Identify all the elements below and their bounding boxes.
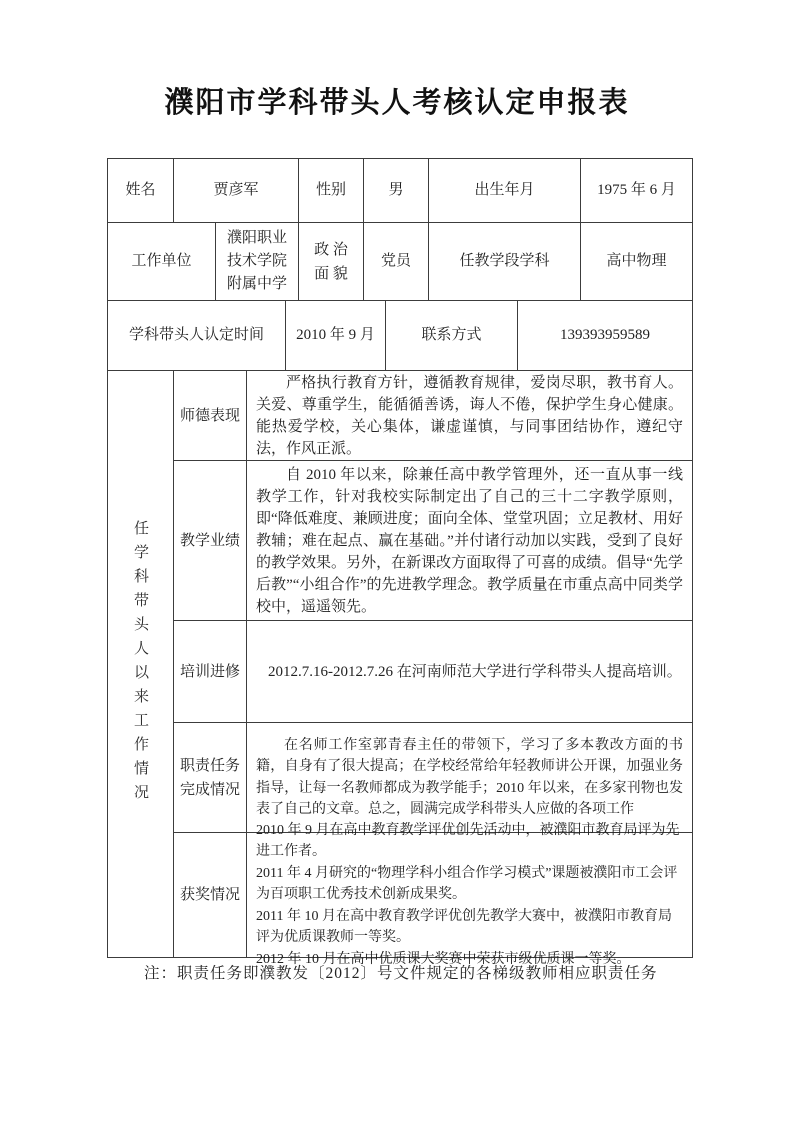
zhize-content-cell: 在名师工作室郭青春主任的带领下，学习了多本教改方面的书籍，自身有了很大提高；在学… — [247, 723, 692, 832]
zhize-label: 职责任务 完成情况 — [174, 723, 247, 832]
row-basic-3: 学科带头人认定时间 2010 年 9 月 联系方式 139393959589 — [108, 301, 692, 371]
work-row-huojiang: 获奖情况 2010 年 9 月在高中教育教学评优创先活动中，被濮阳市教育局评为先… — [174, 833, 692, 957]
teaching-subject-value: 高中物理 — [581, 223, 692, 300]
huojiang-label: 获奖情况 — [174, 833, 247, 957]
footer-note: 注：职责任务即濮教发〔2012〕号文件规定的各梯级教师相应职责任务 — [144, 961, 658, 983]
contact-label: 联系方式 — [386, 301, 518, 370]
work-section-rows: 师德表现 严格执行教育方针，遵循教育规律，爱岗尽职，教书育人。关爱、尊重学生，能… — [174, 371, 692, 957]
row-basic-2: 工作单位 濮阳职业 技术学院 附属中学 政 治 面 貌 党员 任教学段学科 高中… — [108, 223, 692, 301]
application-form-table: 姓名 贾彦军 性别 男 出生年月 1975 年 6 月 工作单位 濮阳职业 技术… — [107, 158, 693, 958]
work-row-zhize: 职责任务 完成情况 在名师工作室郭青春主任的带领下，学习了多本教改方面的书籍，自… — [174, 723, 692, 833]
birth-label: 出生年月 — [429, 159, 581, 222]
recognition-time-value: 2010 年 9 月 — [286, 301, 386, 370]
name-label: 姓名 — [108, 159, 174, 222]
zhize-content: 在名师工作室郭青春主任的带领下，学习了多本教改方面的书籍，自身有了很大提高；在学… — [256, 735, 683, 821]
name-value: 贾彦军 — [174, 159, 299, 222]
work-unit-value: 濮阳职业 技术学院 附属中学 — [216, 223, 299, 300]
jiaoxue-label: 教学业绩 — [174, 461, 247, 620]
work-row-jiaoxue: 教学业绩 自 2010 年以来，除兼任高中教学管理外，还一直从事一线教学工作，针… — [174, 461, 692, 621]
work-section: 任学科带头人以来工作情况 师德表现 严格执行教育方针，遵循教育规律，爱岗尽职，教… — [108, 371, 692, 957]
huojiang-content: 2010 年 9 月在高中教育教学评优创先活动中，被濮阳市教育局评为先进工作者。… — [256, 820, 683, 971]
gender-value: 男 — [364, 159, 429, 222]
jiaoxue-content-cell: 自 2010 年以来，除兼任高中教学管理外，还一直从事一线教学工作，针对我校实际… — [247, 461, 692, 620]
political-status-value: 党员 — [364, 223, 429, 300]
work-row-shide: 师德表现 严格执行教育方针，遵循教育规律，爱岗尽职，教书育人。关爱、尊重学生，能… — [174, 371, 692, 461]
teaching-subject-label: 任教学段学科 — [429, 223, 581, 300]
gender-label: 性别 — [299, 159, 364, 222]
work-row-peixun: 培训进修 2012.7.16-2012.7.26 在河南师范大学进行学科带头人提… — [174, 621, 692, 723]
peixun-content-cell: 2012.7.16-2012.7.26 在河南师范大学进行学科带头人提高培训。 — [247, 621, 692, 722]
political-status-label: 政 治 面 貌 — [299, 223, 364, 300]
birth-value: 1975 年 6 月 — [581, 159, 692, 222]
work-section-side-header: 任学科带头人以来工作情况 — [108, 371, 174, 957]
huojiang-content-cell: 2010 年 9 月在高中教育教学评优创先活动中，被濮阳市教育局评为先进工作者。… — [247, 833, 692, 957]
shide-label: 师德表现 — [174, 371, 247, 460]
contact-value: 139393959589 — [518, 301, 692, 370]
shide-content-cell: 严格执行教育方针，遵循教育规律，爱岗尽职，教书育人。关爱、尊重学生，能循循善诱，… — [247, 371, 692, 460]
jiaoxue-content: 自 2010 年以来，除兼任高中教学管理外，还一直从事一线教学工作，针对我校实际… — [256, 464, 683, 618]
page-title: 濮阳市学科带头人考核认定申报表 — [0, 80, 794, 121]
row-basic-1: 姓名 贾彦军 性别 男 出生年月 1975 年 6 月 — [108, 159, 692, 223]
work-unit-label: 工作单位 — [108, 223, 216, 300]
peixun-label: 培训进修 — [174, 621, 247, 722]
work-section-vertical-label: 任学科带头人以来工作情况 — [130, 520, 151, 808]
shide-content: 严格执行教育方针，遵循教育规律，爱岗尽职，教书育人。关爱、尊重学生，能循循善诱，… — [256, 372, 683, 460]
recognition-time-label: 学科带头人认定时间 — [108, 301, 286, 370]
peixun-content: 2012.7.16-2012.7.26 在河南师范大学进行学科带头人提高培训。 — [256, 661, 683, 683]
